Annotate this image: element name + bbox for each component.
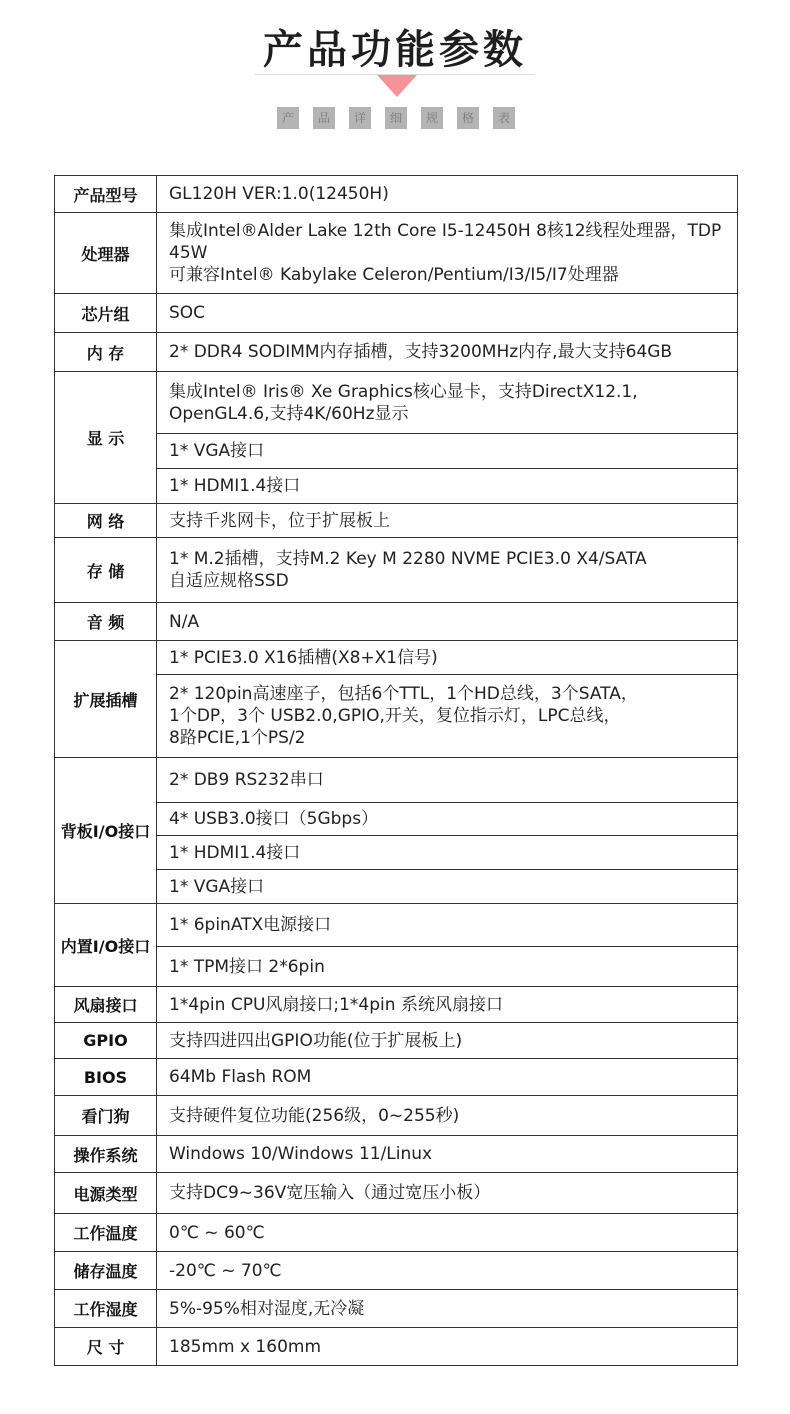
spec-label: 操作系统 (55, 1136, 157, 1173)
spec-value: 1* TPM接口 2*6pin (157, 947, 738, 987)
spec-row: 储存温度-20℃ ~ 70℃ (55, 1252, 738, 1290)
spec-table: 产品型号GL120H VER:1.0(12450H)处理器集成Intel®Ald… (54, 175, 738, 1366)
spec-value: SOC (157, 294, 738, 333)
spec-row: 产品型号GL120H VER:1.0(12450H) (55, 176, 738, 213)
spec-value: 5%-95%相对湿度,无冷凝 (157, 1290, 738, 1328)
spec-label: 工作湿度 (55, 1290, 157, 1328)
spec-label: 显 示 (55, 372, 157, 504)
spec-value: 1* VGA接口 (157, 434, 738, 469)
spec-row: 内 存2* DDR4 SODIMM内存插槽，支持3200MHz内存,最大支持64… (55, 333, 738, 372)
spec-row: GPIO支持四进四出GPIO功能(位于扩展板上) (55, 1023, 738, 1059)
spec-value: 2* 120pin高速座子，包括6个TTL，1个HD总线，3个SATA， 1个D… (157, 675, 738, 758)
spec-row: 1* VGA接口 (55, 870, 738, 904)
spec-value: 2* DB9 RS232串口 (157, 758, 738, 803)
spec-row: 1* HDMI1.4接口 (55, 836, 738, 870)
spec-value: 0℃ ~ 60℃ (157, 1214, 738, 1252)
spec-label: 网 络 (55, 504, 157, 538)
spec-value: 1* PCIE3.0 X16插槽(X8+X1信号) (157, 641, 738, 675)
spec-row: 显 示集成Intel® Iris® Xe Graphics核心显卡，支持Dire… (55, 372, 738, 434)
subtitle-char: 格 (457, 107, 479, 129)
spec-row: 风扇接口1*4pin CPU风扇接口;1*4pin 系统风扇接口 (55, 987, 738, 1023)
spec-row: 1* TPM接口 2*6pin (55, 947, 738, 987)
spec-label: 产品型号 (55, 176, 157, 213)
spec-value: 1*4pin CPU风扇接口;1*4pin 系统风扇接口 (157, 987, 738, 1023)
spec-row: 内置I/O接口1* 6pinATX电源接口 (55, 904, 738, 947)
spec-label: 看门狗 (55, 1096, 157, 1136)
spec-value: 集成Intel®Alder Lake 12th Core I5-12450H 8… (157, 213, 738, 294)
spec-value: 支持四进四出GPIO功能(位于扩展板上) (157, 1023, 738, 1059)
spec-label: 尺 寸 (55, 1328, 157, 1366)
subtitle: 产品详细规格表 (277, 107, 515, 129)
spec-label: 风扇接口 (55, 987, 157, 1023)
spec-value: 2* DDR4 SODIMM内存插槽，支持3200MHz内存,最大支持64GB (157, 333, 738, 372)
spec-row: 1* VGA接口 (55, 434, 738, 469)
spec-row: 1* HDMI1.4接口 (55, 469, 738, 504)
spec-value: -20℃ ~ 70℃ (157, 1252, 738, 1290)
spec-row: 扩展插槽1* PCIE3.0 X16插槽(X8+X1信号) (55, 641, 738, 675)
spec-label: 工作温度 (55, 1214, 157, 1252)
spec-label: 扩展插槽 (55, 641, 157, 758)
spec-value: 1* HDMI1.4接口 (157, 836, 738, 870)
spec-row: 4* USB3.0接口（5Gbps） (55, 803, 738, 836)
spec-label: GPIO (55, 1023, 157, 1059)
spec-label: 芯片组 (55, 294, 157, 333)
spec-value: N/A (157, 603, 738, 641)
spec-row: 看门狗支持硬件复位功能(256级，0~255秒) (55, 1096, 738, 1136)
spec-value: 支持DC9~36V宽压输入（通过宽压小板） (157, 1173, 738, 1214)
subtitle-char: 表 (493, 107, 515, 129)
spec-value: 1* HDMI1.4接口 (157, 469, 738, 504)
spec-label: 内 存 (55, 333, 157, 372)
spec-value: Windows 10/Windows 11/Linux (157, 1136, 738, 1173)
spec-value: 支持千兆网卡，位于扩展板上 (157, 504, 738, 538)
spec-label: 内置I/O接口 (55, 904, 157, 987)
spec-value: 1* M.2插槽，支持M.2 Key M 2280 NVME PCIE3.0 X… (157, 538, 738, 603)
spec-label: 电源类型 (55, 1173, 157, 1214)
spec-label: 背板I/O接口 (55, 758, 157, 904)
spec-value: GL120H VER:1.0(12450H) (157, 176, 738, 213)
spec-row: 网 络支持千兆网卡，位于扩展板上 (55, 504, 738, 538)
spec-row: 背板I/O接口2* DB9 RS232串口 (55, 758, 738, 803)
spec-row: 处理器集成Intel®Alder Lake 12th Core I5-12450… (55, 213, 738, 294)
spec-label: 存 储 (55, 538, 157, 603)
subtitle-char: 产 (277, 107, 299, 129)
spec-row: 存 储1* M.2插槽，支持M.2 Key M 2280 NVME PCIE3.… (55, 538, 738, 603)
spec-value: 4* USB3.0接口（5Gbps） (157, 803, 738, 836)
spec-row: 音 频N/A (55, 603, 738, 641)
spec-label: 储存温度 (55, 1252, 157, 1290)
page-title: 产品功能参数 (0, 18, 790, 75)
triangle-marker-icon (377, 75, 417, 97)
spec-value: 1* 6pinATX电源接口 (157, 904, 738, 947)
spec-row: 2* 120pin高速座子，包括6个TTL，1个HD总线，3个SATA， 1个D… (55, 675, 738, 758)
spec-value: 集成Intel® Iris® Xe Graphics核心显卡，支持DirectX… (157, 372, 738, 434)
spec-label: 处理器 (55, 213, 157, 294)
spec-label: 音 频 (55, 603, 157, 641)
spec-row: 工作湿度5%-95%相对湿度,无冷凝 (55, 1290, 738, 1328)
subtitle-char: 详 (349, 107, 371, 129)
spec-row: 工作温度0℃ ~ 60℃ (55, 1214, 738, 1252)
subtitle-char: 细 (385, 107, 407, 129)
spec-row: 电源类型支持DC9~36V宽压输入（通过宽压小板） (55, 1173, 738, 1214)
spec-label: BIOS (55, 1059, 157, 1096)
spec-value: 1* VGA接口 (157, 870, 738, 904)
subtitle-char: 品 (313, 107, 335, 129)
spec-value: 64Mb Flash ROM (157, 1059, 738, 1096)
subtitle-char: 规 (421, 107, 443, 129)
spec-value: 185mm x 160mm (157, 1328, 738, 1366)
spec-row: 操作系统Windows 10/Windows 11/Linux (55, 1136, 738, 1173)
spec-row: 尺 寸185mm x 160mm (55, 1328, 738, 1366)
spec-row: BIOS64Mb Flash ROM (55, 1059, 738, 1096)
spec-value: 支持硬件复位功能(256级，0~255秒) (157, 1096, 738, 1136)
spec-row: 芯片组SOC (55, 294, 738, 333)
